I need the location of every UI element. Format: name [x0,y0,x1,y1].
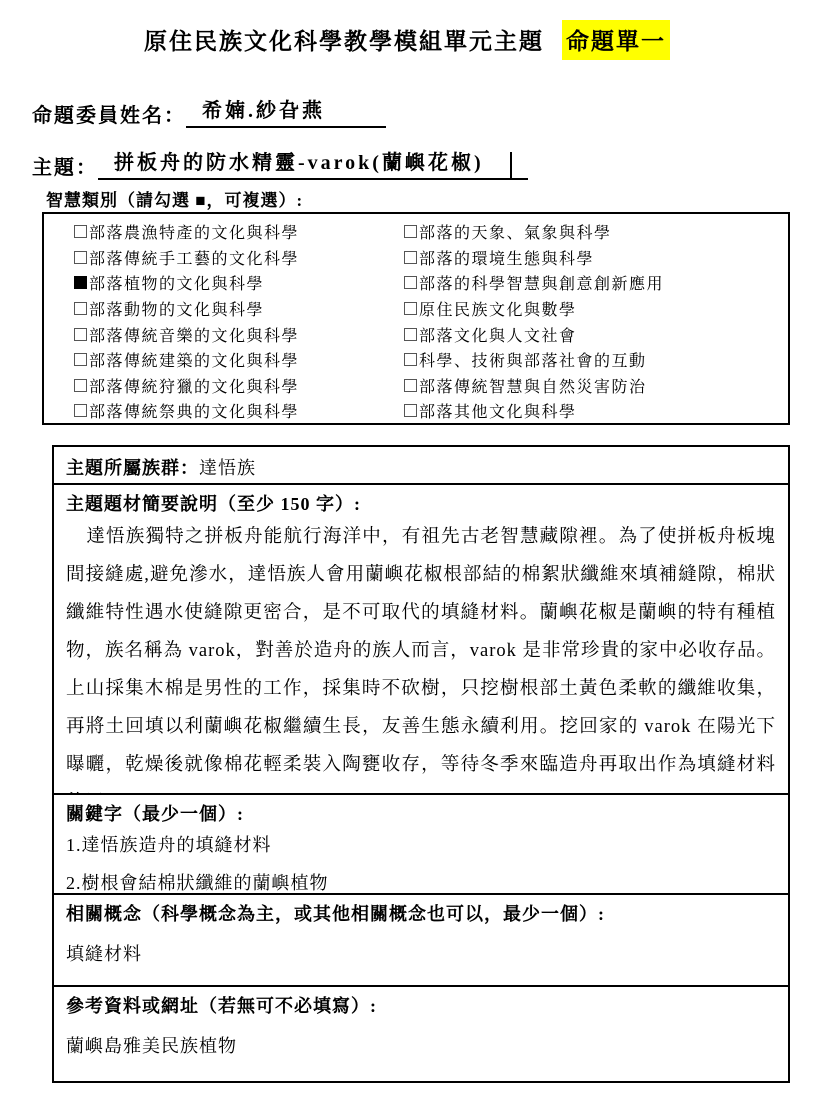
category-column-left: 部落農漁特產的文化與科學 部落傳統手工藝的文化科學 部落植物的文化與科學 部落動… [74,219,299,424]
summary-label: 主題題材簡要說明（至少 150 字）: [66,490,776,516]
category-option[interactable]: 部落動物的文化與科學 [74,296,299,322]
category-section-header: 智慧類別（請勾選 ■，可複選）: [46,186,303,211]
category-option[interactable]: 科學、技術與部落社會的互動 [404,347,664,373]
category-column-right: 部落的天象、氣象與科學 部落的環境生態與科學 部落的科學智慧與創意創新應用 原住… [404,219,664,424]
committee-name-label: 命題委員姓名： [32,105,186,127]
reference-row: 參考資料或網址（若無可不必填寫）: 蘭嶼島雅美民族植物 [54,987,788,1081]
category-option[interactable]: 部落農漁特產的文化與科學 [74,219,299,245]
keywords-label: 關鍵字（最少一個）: [66,800,776,826]
keywords-row: 關鍵字（最少一個）: 1.達悟族造舟的填縫材料 2.樹根會結棉狀纖維的蘭嶼植物 [54,795,788,895]
checkbox-icon[interactable] [404,379,417,392]
category-checkbox-box: 部落農漁特產的文化與科學 部落傳統手工藝的文化科學 部落植物的文化與科學 部落動… [42,212,790,425]
category-option-label: 部落文化與人文社會 [419,323,577,346]
category-option[interactable]: 部落其他文化與科學 [404,398,664,424]
topic-row: 主題：拼板舟的防水精靈-varok(蘭嶼花椒) [32,146,528,180]
checkbox-icon[interactable] [74,328,87,341]
category-option[interactable]: 部落傳統智慧與自然災害防治 [404,373,664,399]
category-option[interactable]: 部落的科學智慧與創意創新應用 [404,270,664,296]
checkbox-icon[interactable] [74,302,87,315]
category-option[interactable]: 部落傳統建築的文化與科學 [74,347,299,373]
ethnic-group-value[interactable]: 達悟族 [199,458,256,478]
category-option-label: 部落其他文化與科學 [419,399,577,422]
checkbox-icon[interactable] [74,251,87,264]
category-option-label: 部落傳統音樂的文化與科學 [89,323,299,346]
reference-value[interactable]: 蘭嶼島雅美民族植物 [66,1032,776,1058]
page-title: 原住民族文化科學教學模組單元主題命題單一 [0,20,814,60]
category-option-label: 部落農漁特產的文化與科學 [89,220,299,243]
checkbox-icon[interactable] [404,276,417,289]
category-option-label: 部落傳統狩獵的文化與科學 [89,374,299,397]
document-page: 原住民族文化科學教學模組單元主題命題單一 命題委員姓名：希婻.紗旮燕 主題：拼板… [0,0,814,1119]
checkbox-icon[interactable] [404,225,417,238]
topic-field[interactable]: 拼板舟的防水精靈-varok(蘭嶼花椒) [98,146,528,180]
concepts-label: 相關概念（科學概念為主，或其他相關概念也可以，最少一個）: [66,900,776,926]
category-option-label: 部落傳統智慧與自然災害防治 [419,374,647,397]
category-option-label: 部落的天象、氣象與科學 [419,220,612,243]
checkbox-icon[interactable] [404,353,417,366]
checkbox-icon[interactable] [74,353,87,366]
checkbox-icon[interactable] [74,379,87,392]
category-option-label: 部落傳統祭典的文化與科學 [89,399,299,422]
checkbox-icon[interactable] [404,328,417,341]
checkbox-icon[interactable] [404,251,417,264]
title-highlight: 命題單一 [562,20,670,60]
committee-name-row: 命題委員姓名：希婻.紗旮燕 [32,94,386,128]
category-option[interactable]: 部落的天象、氣象與科學 [404,219,664,245]
ethnic-group-row: 主題所屬族群：達悟族 [54,447,788,485]
category-option[interactable]: 部落傳統手工藝的文化科學 [74,245,299,271]
topic-label: 主題： [32,157,98,179]
summary-row: 主題題材簡要說明（至少 150 字）: 達悟族獨特之拼板舟能航行海洋中，有祖先古… [54,485,788,795]
detail-table: 主題所屬族群：達悟族 主題題材簡要說明（至少 150 字）: 達悟族獨特之拼板舟… [52,445,790,1083]
category-option[interactable]: 部落傳統祭典的文化與科學 [74,398,299,424]
committee-name-field[interactable]: 希婻.紗旮燕 [186,94,386,128]
checkbox-icon[interactable] [74,225,87,238]
checkbox-icon[interactable] [404,404,417,417]
text-cursor [510,152,512,179]
category-option[interactable]: 部落傳統狩獵的文化與科學 [74,373,299,399]
category-option-label: 原住民族文化與數學 [419,297,577,320]
summary-text[interactable]: 達悟族獨特之拼板舟能航行海洋中，有祖先古老智慧藏隙裡。為了使拼板舟板塊間接縫處,… [66,518,776,795]
page-title-text: 原住民族文化科學教學模組單元主題 [144,29,544,54]
category-option[interactable]: 部落植物的文化與科學 [74,270,299,296]
category-option-label: 部落傳統手工藝的文化科學 [89,246,299,269]
ethnic-group-label: 主題所屬族群： [66,458,199,478]
category-option-label: 部落植物的文化與科學 [89,271,264,294]
reference-label: 參考資料或網址（若無可不必填寫）: [66,992,776,1018]
category-option-label: 科學、技術與部落社會的互動 [419,348,647,371]
checkbox-icon[interactable] [74,276,87,289]
category-option[interactable]: 原住民族文化與數學 [404,296,664,322]
keyword-item[interactable]: 1.達悟族造舟的填縫材料 [66,826,776,864]
category-option[interactable]: 部落文化與人文社會 [404,321,664,347]
keyword-item[interactable]: 2.樹根會結棉狀纖維的蘭嶼植物 [66,864,776,895]
concepts-row: 相關概念（科學概念為主，或其他相關概念也可以，最少一個）: 填縫材料 [54,895,788,987]
category-option-label: 部落傳統建築的文化與科學 [89,348,299,371]
category-option[interactable]: 部落傳統音樂的文化與科學 [74,321,299,347]
category-option-label: 部落的環境生態與科學 [419,246,594,269]
category-option[interactable]: 部落的環境生態與科學 [404,245,664,271]
topic-field-text: 拼板舟的防水精靈-varok(蘭嶼花椒) [114,152,484,174]
concepts-value[interactable]: 填縫材料 [66,940,776,966]
category-option-label: 部落動物的文化與科學 [89,297,264,320]
checkbox-icon[interactable] [74,404,87,417]
category-option-label: 部落的科學智慧與創意創新應用 [419,271,664,294]
checkbox-icon[interactable] [404,302,417,315]
